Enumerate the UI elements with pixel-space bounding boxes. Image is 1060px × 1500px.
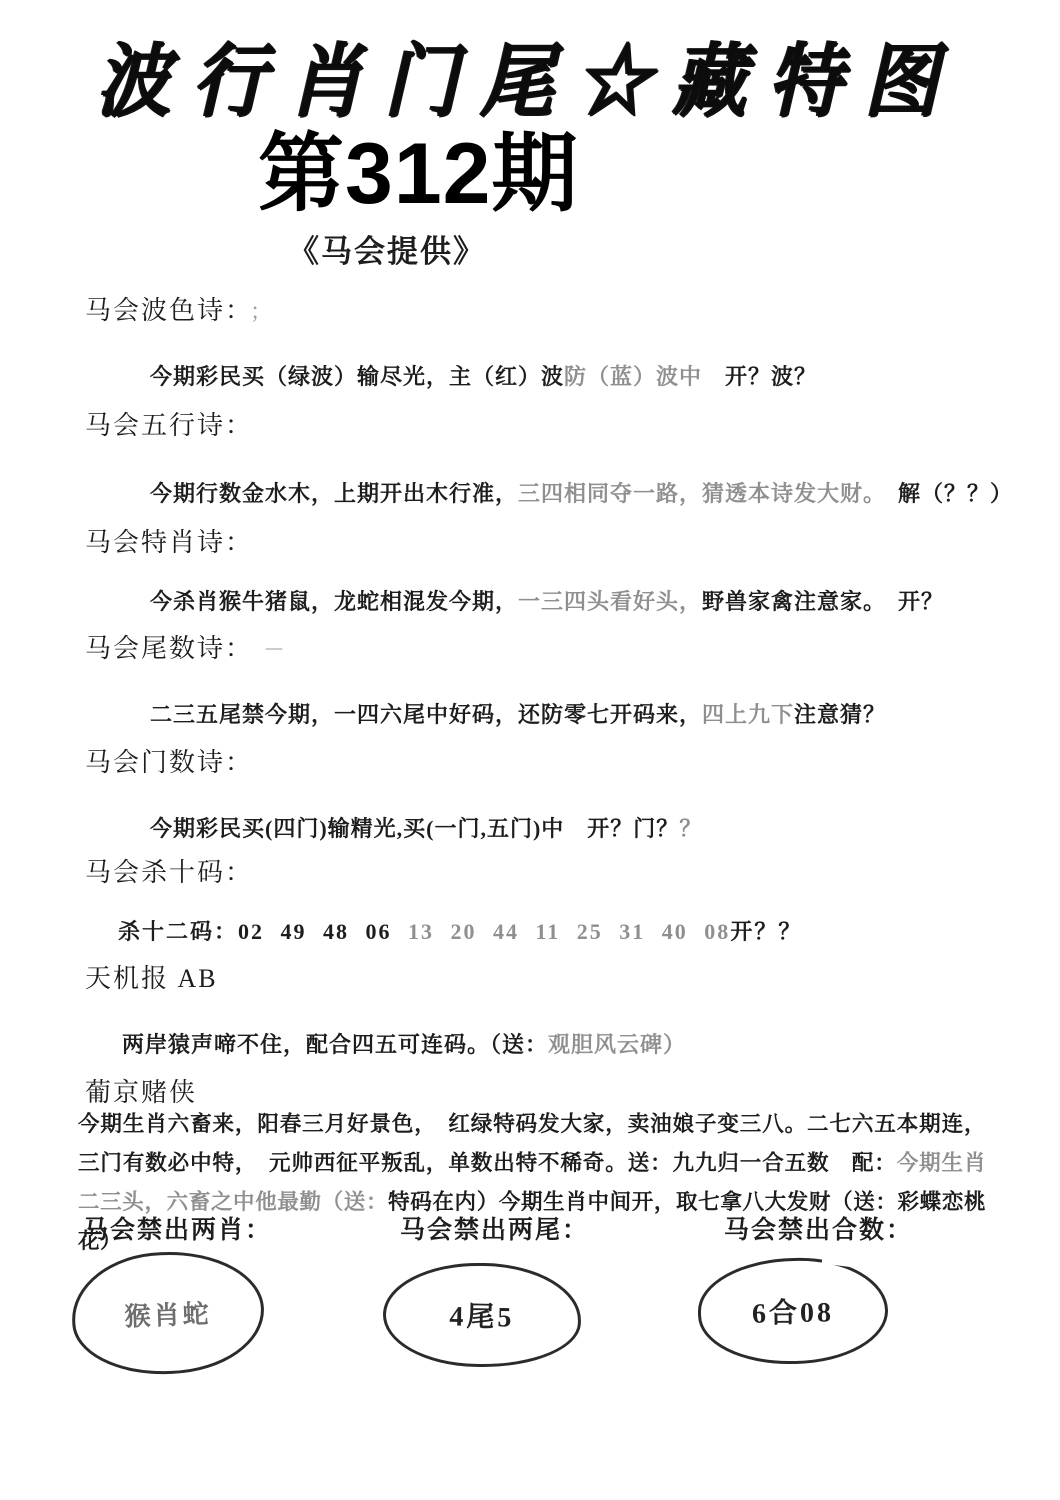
section-label-shashima: 马会杀十码：: [85, 852, 253, 889]
section-label-text: 马会五行诗：: [85, 411, 253, 440]
section-label-tianjibao: 天机报 AB: [85, 958, 218, 995]
verse-segment: 今期行数金水木，上期开出木行准，: [150, 481, 518, 506]
verse-segment-faded: ）: [663, 1032, 686, 1057]
verse-menshu: 今期彩民买(四门)输精光,买(一门,五门)中 开？门？？: [150, 812, 702, 843]
source-line: 《马会提供》: [288, 226, 486, 271]
section-label-menshu: 马会门数诗：: [85, 742, 253, 779]
forbidden-zodiac-circle: 猴肖蛇: [70, 1249, 266, 1378]
verse-tianjibao: 两岸猿声啼不住，配合四五可连码。（送：观胆风云碑）: [122, 1028, 686, 1059]
verse-segment: 二三五尾禁今期，一四六尾中好码，还防零七开码来，: [150, 702, 702, 727]
section-label-pujing: 葡京赌侠: [85, 1072, 197, 1109]
forbidden-sum-label: 马会禁出合数：: [724, 1210, 913, 1246]
verse-kill-numbers: 杀十二码：02 49 48 06 13 20 44 11 25 31 40 08…: [118, 915, 802, 946]
paragraph-segment: 单数出特不稀奇。送：九九归一合五数: [448, 1151, 852, 1175]
forbidden-tail-value: 4尾5: [449, 1294, 515, 1335]
verse-weishu: 二三五尾禁今期，一四六尾中好码，还防零七开码来，四上九下注意猜？: [150, 698, 886, 729]
verse-segment: 今杀肖猴牛猪鼠，龙蛇相混发今期，: [150, 589, 518, 614]
section-label-bose: 马会波色诗：；: [85, 290, 274, 327]
section-label-text: 葡京赌侠: [85, 1078, 197, 1107]
section-label-text: 马会特肖诗：: [85, 528, 253, 557]
forbidden-zodiac-label: 马会禁出两肖：: [83, 1210, 272, 1246]
verse-segment: 开？波？: [702, 364, 817, 389]
verse-segment-faded: 四上九下: [702, 702, 794, 727]
verse-segment: 野兽家禽注意家。 开？: [702, 589, 944, 614]
forbidden-sum-circle: 6合08: [697, 1256, 889, 1365]
forbidden-zodiac-value: 猴肖蛇: [124, 1293, 212, 1333]
verse-segment-faded: 三四相同夺一路，猜透本诗发大财。: [518, 481, 875, 506]
section-label-text: 马会尾数诗：: [85, 634, 253, 663]
section-label-text: 马会波色诗：: [85, 296, 240, 325]
kill-numbers-open: 开？？: [730, 919, 802, 944]
verse-segment: 解（？？）: [875, 481, 1013, 506]
circle-gap-mark: [822, 1254, 851, 1267]
section-label-wuxing: 马会五行诗：: [85, 405, 253, 442]
paragraph-segment: 配：: [852, 1151, 897, 1175]
verse-segment-faded: ？: [679, 816, 702, 841]
verse-segment-faded: 一三四头看好头，: [518, 589, 702, 614]
verse-texiao: 今杀肖猴牛猪鼠，龙蛇相混发今期，一三四头看好头，野兽家禽注意家。 开？: [150, 585, 944, 616]
forbidden-tail-label: 马会禁出两尾：: [400, 1210, 589, 1246]
verse-wuxing: 今期行数金水木，上期开出木行准，三四相同夺一路，猜透本诗发大财。 解（？？）: [150, 477, 1013, 508]
verse-segment: 注意猜？: [794, 702, 886, 727]
verse-segment-faded: 观胆风云碑: [548, 1032, 663, 1057]
issue-number: 第312期: [258, 104, 579, 228]
section-label-text: 马会门数诗：: [85, 748, 253, 777]
verse-segment: 今期彩民买（绿波）输尽光，主（红）波: [150, 364, 564, 389]
kill-numbers-dark: 杀十二码：02 49 48 06: [118, 919, 408, 944]
section-label-text: 天机报 AB: [85, 964, 218, 993]
kill-numbers-faded: 13 20 44 11 25 31 40 08: [408, 919, 730, 944]
document-page: { "colors": {"ink": "#1d1d1d", "faded_gr…: [0, 0, 1060, 1500]
verse-segment: 两岸猿声啼不住，配合四五可连码。（送：: [122, 1032, 548, 1057]
section-label-weishu: 马会尾数诗：－: [85, 628, 287, 665]
label-suffix-mark: ；: [250, 299, 274, 324]
label-suffix-mark: －: [263, 637, 287, 662]
verse-segment: 今期彩民买(四门)输精光,买(一门,五门)中 开？门？: [150, 816, 679, 841]
verse-segment-faded: 防（蓝）波中: [564, 364, 702, 389]
verse-bose: 今期彩民买（绿波）输尽光，主（红）波防（蓝）波中 开？波？: [150, 360, 817, 391]
forbidden-sum-value: 6合08: [752, 1290, 835, 1331]
section-label-texiao: 马会特肖诗：: [85, 522, 253, 559]
section-label-text: 马会杀十码：: [85, 858, 253, 887]
forbidden-tail-circle: 4尾5: [382, 1261, 582, 1368]
